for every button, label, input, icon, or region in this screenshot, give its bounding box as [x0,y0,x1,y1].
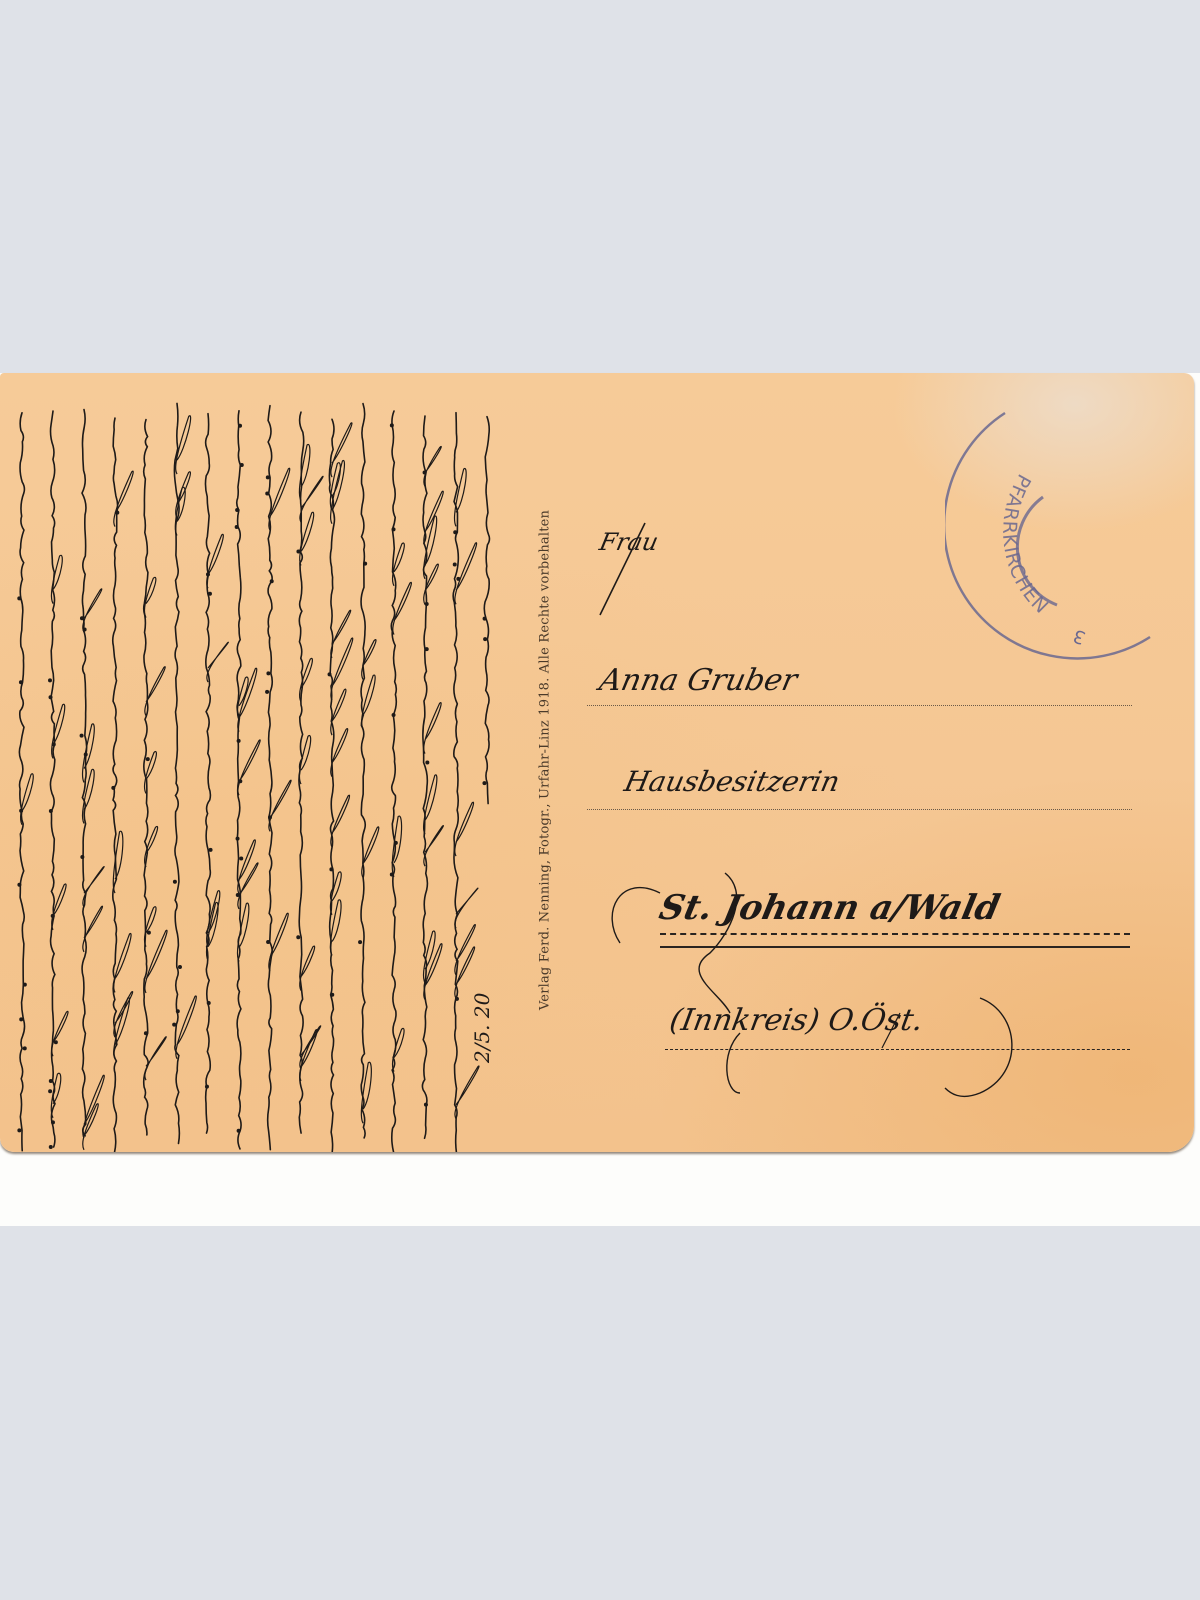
address-flourishes [580,493,1180,1152]
message-date: 2/5. 20 [470,993,494,1063]
postcard: Handwritten Kurrent script, illegible 2/… [0,373,1194,1152]
scan-speck [160,1163,210,1169]
message-date-text: 2/5. 20 [470,993,494,1063]
message-scribbles [0,373,530,1152]
handwritten-message: Handwritten Kurrent script, illegible [0,373,530,1152]
publisher-imprint: Verlag Ferd. Nenning, Fotogr., Urfahr-Li… [538,510,553,1010]
